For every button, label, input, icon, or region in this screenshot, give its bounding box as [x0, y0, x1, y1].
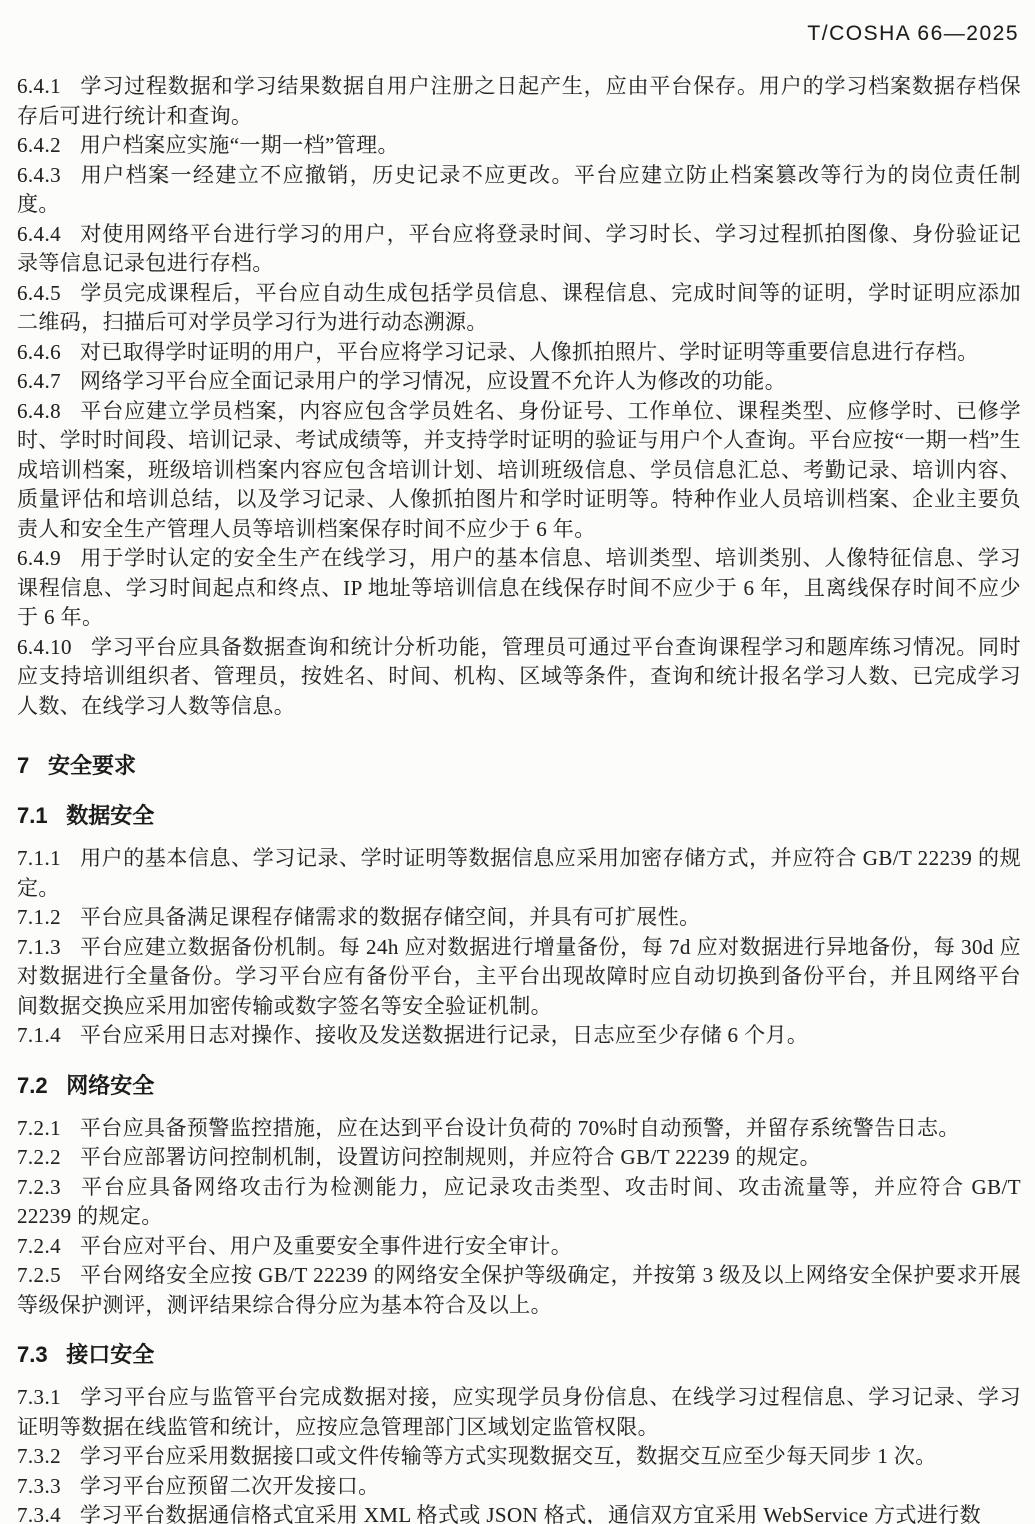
- clause-number: 7.3: [17, 1342, 48, 1367]
- clause-text: 用于学时认定的安全生产在线学习，用户的基本信息、培训类型、培训类别、人像特征信息…: [17, 546, 1021, 629]
- clause-7.3.2: 7.3.2学习平台应采用数据接口或文件传输等方式实现数据交互，数据交互应至少每天…: [17, 1442, 1021, 1472]
- clause-number: 7.1.4: [17, 1023, 61, 1047]
- clause-number: 6.4.1: [17, 74, 61, 98]
- clause-number: 7.1.3: [17, 935, 61, 959]
- clause-6.4.7: 6.4.7网络学习平台应全面记录用户的学习情况，应设置不允许人为修改的功能。: [17, 367, 1021, 397]
- clause-7.3.1: 7.3.1学习平台应与监管平台完成数据对接，应实现学员身份信息、在线学习过程信息…: [17, 1383, 1021, 1442]
- clause-7.3.3: 7.3.3学习平台应预留二次开发接口。: [17, 1472, 1021, 1502]
- clause-text: 用户的基本信息、学习记录、学时证明等数据信息应采用加密存储方式，并应符合 GB/…: [17, 846, 1021, 900]
- clause-number: 6.4.6: [17, 340, 61, 364]
- clause-number: 7.2.4: [17, 1234, 61, 1258]
- clause-text: 平台应具备预警监控措施，应在达到平台设计负荷的 70%时自动预警，并留存系统警告…: [80, 1116, 960, 1140]
- clause-6.4.5: 6.4.5学员完成课程后，平台应自动生成包括学员信息、课程信息、完成时间等的证明…: [17, 279, 1021, 338]
- clause-6.4.10: 6.4.10学习平台应具备数据查询和统计分析功能，管理员可通过平台查询课程学习和…: [17, 633, 1021, 722]
- clause-number: 7.2.5: [17, 1263, 61, 1287]
- clause-number: 6.4.4: [17, 222, 61, 246]
- clause-6.4.2: 6.4.2用户档案应实施“一期一档”管理。: [17, 131, 1021, 161]
- clause-text: 平台应具备满足课程存储需求的数据存储空间，并具有可扩展性。: [80, 905, 701, 929]
- clause-number: 6.4.3: [17, 163, 61, 187]
- clause-text: 平台应建立数据备份机制。每 24h 应对数据进行增量备份，每 7d 应对数据进行…: [17, 935, 1021, 1018]
- clause-text: 学习平台应预留二次开发接口。: [80, 1474, 380, 1498]
- clause-text: 学习过程数据和学习结果数据自用户注册之日起产生，应由平台保存。用户的学习档案数据…: [17, 74, 1021, 128]
- standard-code-header: T/COSHA 66—2025: [17, 22, 1019, 46]
- clause-7.2.5: 7.2.5平台网络安全应按 GB/T 22239 的网络安全保护等级确定，并按第…: [17, 1261, 1021, 1320]
- clause-7.2.2: 7.2.2平台应部署访问控制机制，设置访问控制规则，并应符合 GB/T 2223…: [17, 1143, 1021, 1173]
- clause-number: 7.1.2: [17, 905, 61, 929]
- section-heading-7: 7安全要求: [17, 751, 1021, 781]
- clause-text: 平台应部署访问控制机制，设置访问控制规则，并应符合 GB/T 22239 的规定…: [80, 1145, 821, 1169]
- clause-6.4.9: 6.4.9用于学时认定的安全生产在线学习，用户的基本信息、培训类型、培训类别、人…: [17, 544, 1021, 633]
- clause-6.4.6: 6.4.6对已取得学时证明的用户，平台应将学习记录、人像抓拍照片、学时证明等重要…: [17, 338, 1021, 368]
- document-content: 6.4.1学习过程数据和学习结果数据自用户注册之日起产生，应由平台保存。用户的学…: [17, 72, 1021, 1524]
- clause-number: 6.4.2: [17, 133, 61, 157]
- clause-6.4.1: 6.4.1学习过程数据和学习结果数据自用户注册之日起产生，应由平台保存。用户的学…: [17, 72, 1021, 131]
- clause-text: 学员完成课程后，平台应自动生成包括学员信息、课程信息、完成时间等的证明，学时证明…: [17, 281, 1021, 335]
- clause-number: 7.1.1: [17, 846, 61, 870]
- clause-7.2.1: 7.2.1平台应具备预警监控措施，应在达到平台设计负荷的 70%时自动预警，并留…: [17, 1114, 1021, 1144]
- clause-text: 对使用网络平台进行学习的用户，平台应将登录时间、学习时长、学习过程抓拍图像、身份…: [17, 222, 1021, 276]
- section-title: 网络安全: [66, 1073, 154, 1098]
- clause-7.1.3: 7.1.3平台应建立数据备份机制。每 24h 应对数据进行增量备份，每 7d 应…: [17, 933, 1021, 1022]
- clause-text: 平台应对平台、用户及重要安全事件进行安全审计。: [80, 1234, 572, 1258]
- clause-text: 网络学习平台应全面记录用户的学习情况，应设置不允许人为修改的功能。: [80, 369, 786, 393]
- section-title: 数据安全: [66, 803, 154, 828]
- clause-number: 7.3.1: [17, 1385, 61, 1409]
- clause-text: 用户档案一经建立不应撤销，历史记录不应更改。平台应建立防止档案篡改等行为的岗位责…: [17, 163, 1021, 217]
- section-title: 接口安全: [66, 1342, 154, 1367]
- clause-6.4.3: 6.4.3用户档案一经建立不应撤销，历史记录不应更改。平台应建立防止档案篡改等行…: [17, 161, 1021, 220]
- clause-text: 平台网络安全应按 GB/T 22239 的网络安全保护等级确定，并按第 3 级及…: [17, 1263, 1021, 1317]
- section-heading-7.3: 7.3接口安全: [17, 1340, 1021, 1370]
- clause-number: 6.4.8: [17, 399, 61, 423]
- clause-number: 7.3.3: [17, 1474, 61, 1498]
- clause-text: 平台应具备网络攻击行为检测能力，应记录攻击类型、攻击时间、攻击流量等，并应符合 …: [17, 1175, 1021, 1229]
- document-page: T/COSHA 66—2025 6.4.1学习过程数据和学习结果数据自用户注册之…: [0, 0, 1035, 1524]
- clause-number: 7.2.3: [17, 1175, 61, 1199]
- clause-text: 平台应采用日志对操作、接收及发送数据进行记录，日志应至少存储 6 个月。: [80, 1023, 808, 1047]
- clause-number: 7.1: [17, 803, 48, 828]
- clause-text: 学习平台应与监管平台完成数据对接，应实现学员身份信息、在线学习过程信息、学习记录…: [17, 1385, 1021, 1439]
- clause-text: 学习平台数据通信格式宜采用 XML 格式或 JSON 格式，通信双方宜采用 We…: [80, 1503, 981, 1524]
- clause-7.1.2: 7.1.2平台应具备满足课程存储需求的数据存储空间，并具有可扩展性。: [17, 903, 1021, 933]
- clause-number: 6.4.10: [17, 635, 72, 659]
- clause-number: 7.3.2: [17, 1444, 61, 1468]
- clause-7.1.4: 7.1.4平台应采用日志对操作、接收及发送数据进行记录，日志应至少存储 6 个月…: [17, 1021, 1021, 1051]
- clause-number: 7.2.1: [17, 1116, 61, 1140]
- clause-text: 平台应建立学员档案，内容应包含学员姓名、身份证号、工作单位、课程类型、应修学时、…: [17, 399, 1021, 541]
- clause-number: 7: [17, 753, 29, 778]
- clause-text: 对已取得学时证明的用户，平台应将学习记录、人像抓拍照片、学时证明等重要信息进行存…: [80, 340, 979, 364]
- clause-7.1.1: 7.1.1用户的基本信息、学习记录、学时证明等数据信息应采用加密存储方式，并应符…: [17, 844, 1021, 903]
- clause-6.4.4: 6.4.4对使用网络平台进行学习的用户，平台应将登录时间、学习时长、学习过程抓拍…: [17, 220, 1021, 279]
- clause-number: 7.2.2: [17, 1145, 61, 1169]
- section-heading-7.1: 7.1数据安全: [17, 801, 1021, 831]
- clause-text: 用户档案应实施“一期一档”管理。: [80, 133, 399, 157]
- section-heading-7.2: 7.2网络安全: [17, 1071, 1021, 1101]
- clause-7.2.4: 7.2.4平台应对平台、用户及重要安全事件进行安全审计。: [17, 1232, 1021, 1262]
- clause-text: 学习平台应采用数据接口或文件传输等方式实现数据交互，数据交互应至少每天同步 1 …: [80, 1444, 937, 1468]
- clause-number: 7.3.4: [17, 1503, 61, 1524]
- clause-number: 6.4.7: [17, 369, 61, 393]
- clause-number: 7.2: [17, 1073, 48, 1098]
- clause-text: 学习平台应具备数据查询和统计分析功能，管理员可通过平台查询课程学习和题库练习情况…: [17, 635, 1021, 718]
- clause-number: 6.4.5: [17, 281, 61, 305]
- clause-7.2.3: 7.2.3平台应具备网络攻击行为检测能力，应记录攻击类型、攻击时间、攻击流量等，…: [17, 1173, 1021, 1232]
- section-title: 安全要求: [48, 753, 136, 778]
- clause-number: 6.4.9: [17, 546, 61, 570]
- clause-6.4.8: 6.4.8平台应建立学员档案，内容应包含学员姓名、身份证号、工作单位、课程类型、…: [17, 397, 1021, 545]
- clause-7.3.4: 7.3.4学习平台数据通信格式宜采用 XML 格式或 JSON 格式，通信双方宜…: [17, 1501, 1021, 1524]
